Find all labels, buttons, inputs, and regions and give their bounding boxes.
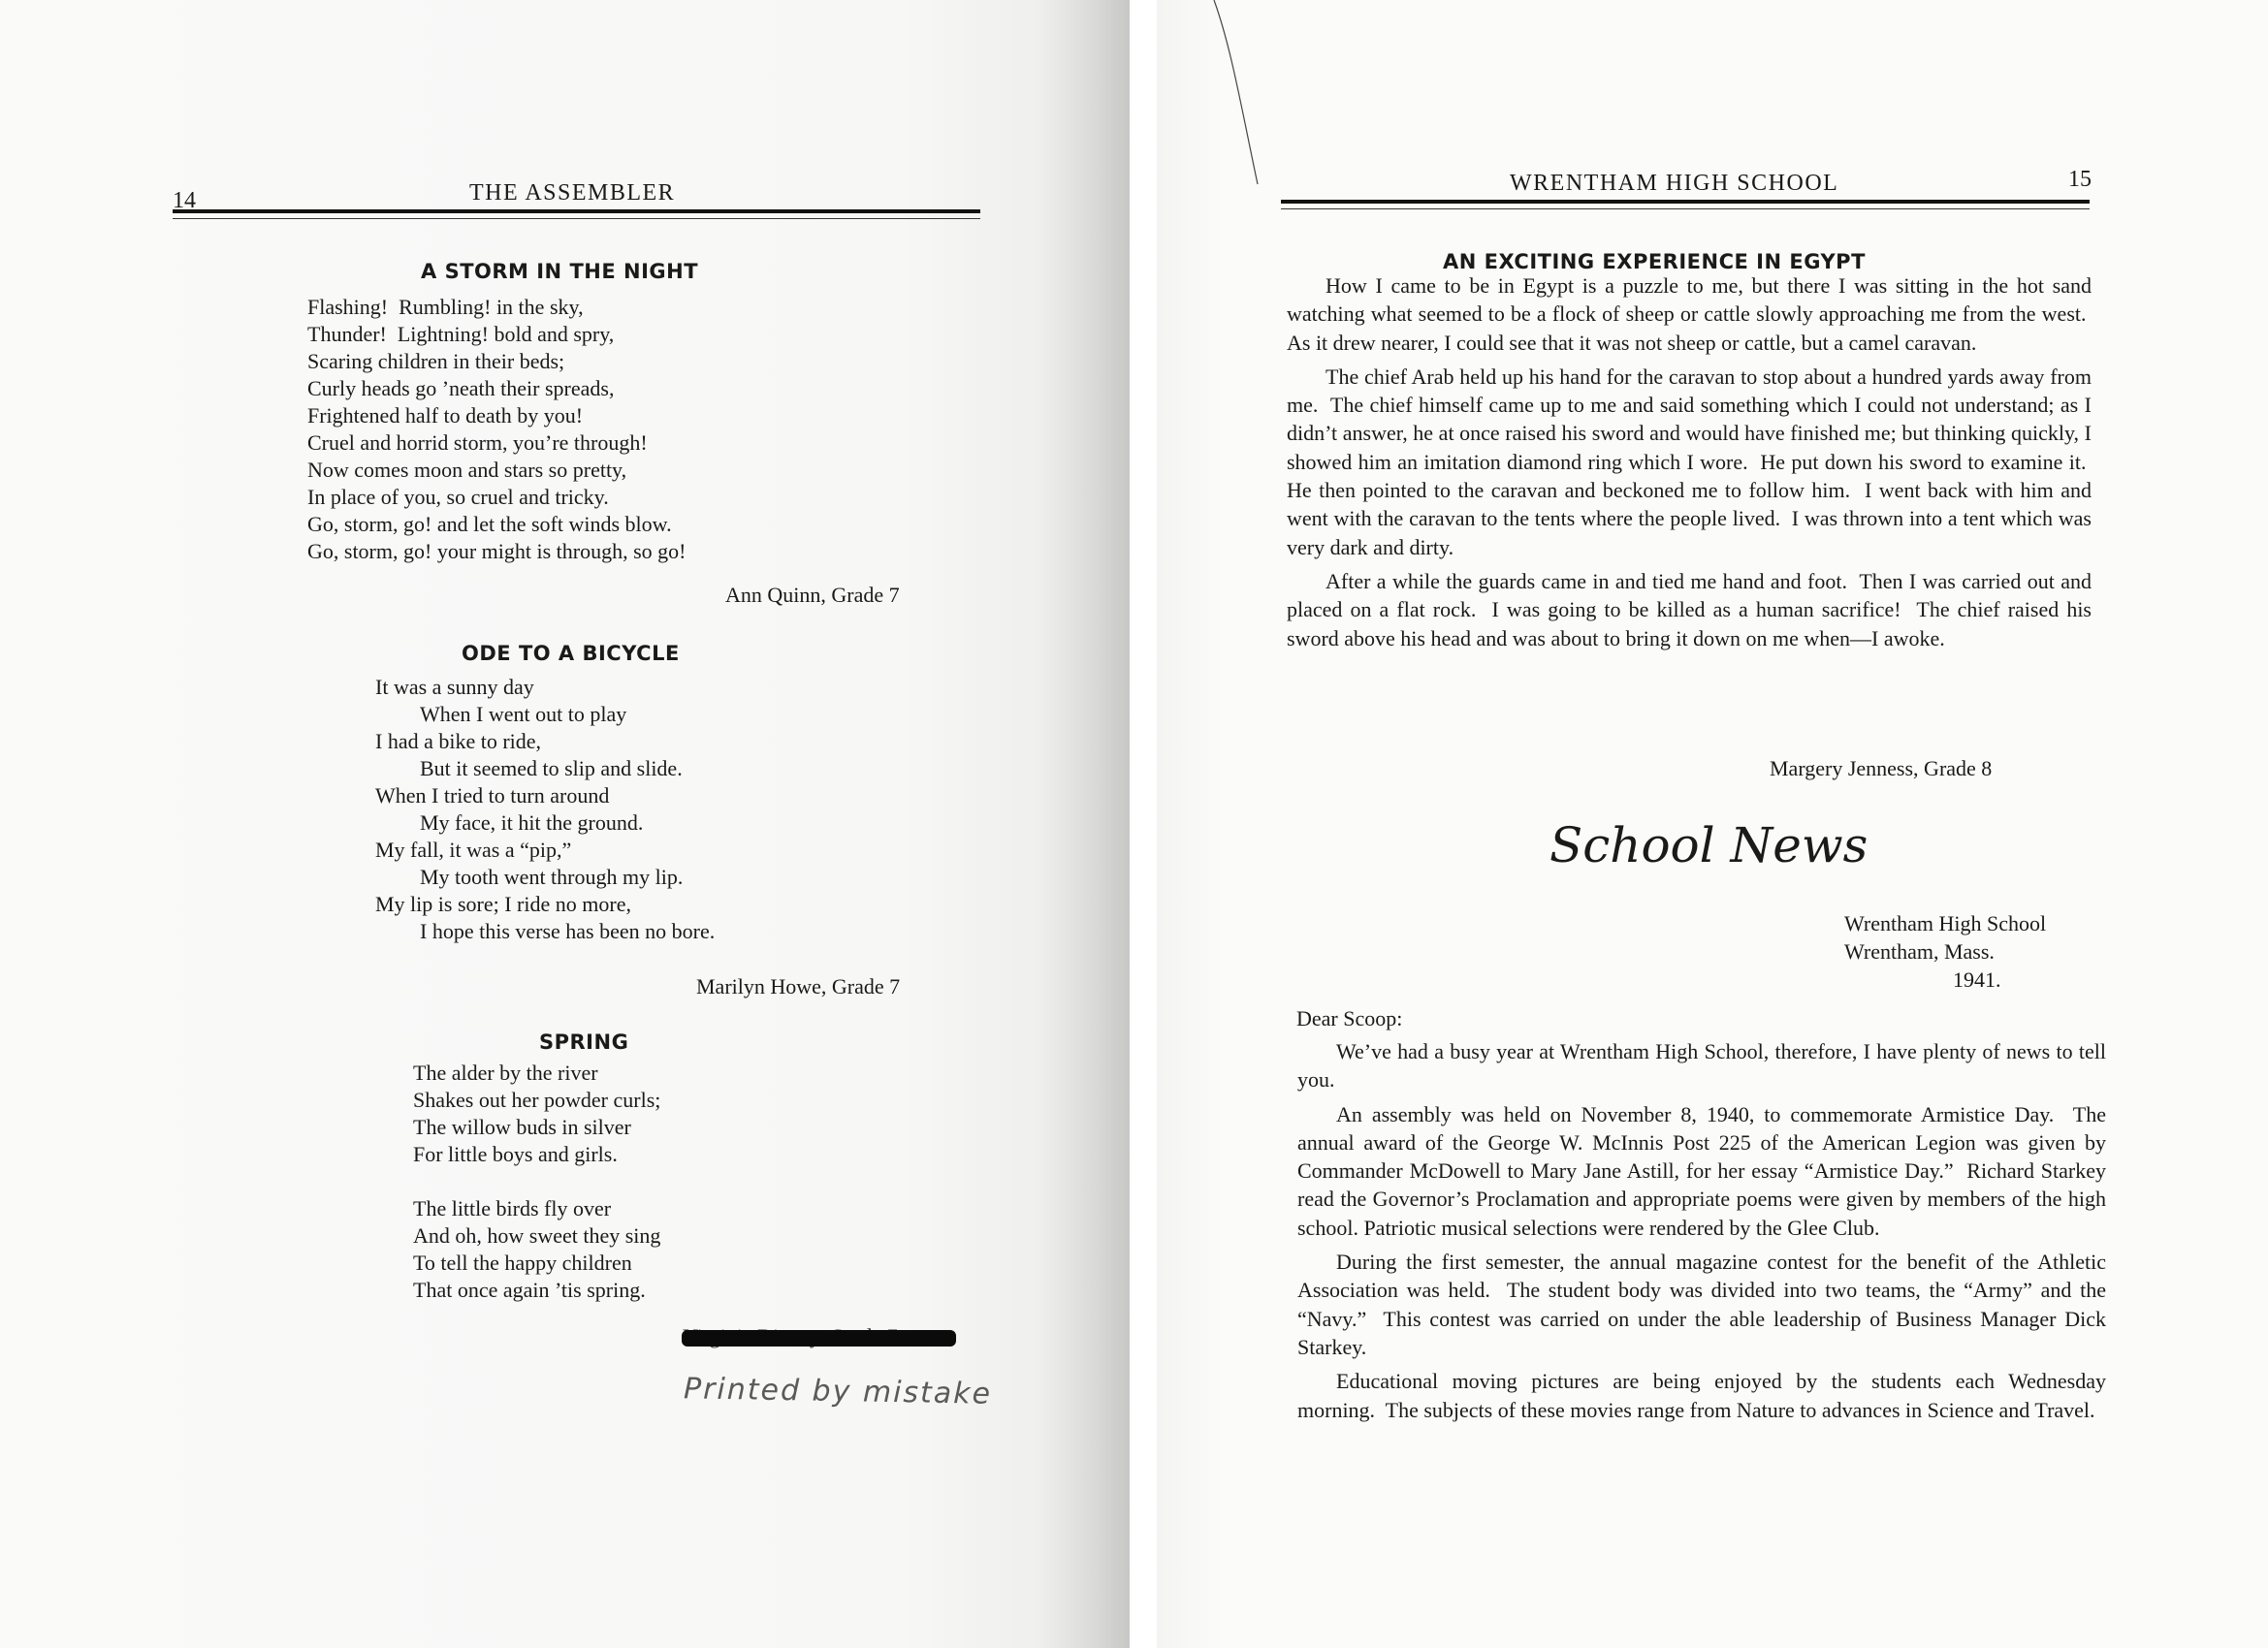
- verse-line: The little birds fly over: [413, 1195, 660, 1222]
- verse-line: But it seemed to slip and slide.: [375, 755, 715, 782]
- left-running-head: THE ASSEMBLER: [469, 180, 675, 206]
- verse-line: Flashing! Rumbling! in the sky,: [307, 294, 687, 321]
- poem-title: SPRING: [539, 1030, 628, 1054]
- letter-salutation: Dear Scoop:: [1296, 1006, 1402, 1031]
- poem-author: Ann Quinn, Grade 7: [725, 583, 900, 608]
- verse-line: Thunder! Lightning! bold and spry,: [307, 321, 687, 348]
- verse-line: Curly heads go ’neath their spreads,: [307, 375, 687, 402]
- address-line: Wrentham High School: [1844, 909, 2046, 937]
- verse-line: That once again ’tis spring.: [413, 1277, 660, 1304]
- poem-author: Marilyn Howe, Grade 7: [696, 974, 900, 999]
- verse-line: My face, it hit the ground.: [375, 809, 715, 837]
- letter-address: Wrentham High SchoolWrentham, Mass.1941.: [1844, 909, 2046, 994]
- verse-line: To tell the happy children: [413, 1250, 660, 1277]
- address-line: Wrentham, Mass.: [1844, 937, 2046, 966]
- poem-title: ODE TO A BICYCLE: [462, 642, 680, 665]
- verse-line: And oh, how sweet they sing: [413, 1222, 660, 1250]
- verse-line: Scaring children in their beds;: [307, 348, 687, 375]
- poem-storm-in-the-night: Flashing! Rumbling! in the sky,Thunder! …: [307, 294, 687, 565]
- paragraph: We’ve had a busy year at Wrentham High S…: [1297, 1037, 2106, 1094]
- redaction-bar: [682, 1330, 956, 1347]
- verse-line: My lip is sore; I ride no more,: [375, 891, 715, 918]
- verse-line: The willow buds in silver: [413, 1114, 660, 1141]
- story-author: Margery Jenness, Grade 8: [1770, 756, 1992, 781]
- verse-line: Cruel and horrid storm, you’re through!: [307, 429, 687, 457]
- verse-line: It was a sunny day: [375, 674, 715, 701]
- right-page-number: 15: [2068, 167, 2092, 193]
- verse-line: In place of you, so cruel and tricky.: [307, 484, 687, 511]
- verse-line: Shakes out her powder curls;: [413, 1087, 660, 1114]
- stanza-break: [413, 1168, 660, 1195]
- verse-line: My fall, it was a “pip,”: [375, 837, 715, 864]
- left-header-rule: [173, 209, 980, 213]
- paragraph: The chief Arab held up his hand for the …: [1287, 363, 2092, 561]
- verse-line: When I tried to turn around: [375, 782, 715, 809]
- school-news-body: We’ve had a busy year at Wrentham High S…: [1297, 1037, 2106, 1424]
- paragraph: Educational moving pictures are being en…: [1297, 1367, 2106, 1424]
- verse-line: Go, storm, go! your might is through, so…: [307, 538, 687, 565]
- verse-line: My tooth went through my lip.: [375, 864, 715, 891]
- verse-line: I hope this verse has been no bore.: [375, 918, 715, 945]
- address-line: 1941.: [1844, 966, 2046, 994]
- verse-line: The alder by the river: [413, 1060, 660, 1087]
- handwritten-note: Printed by mistake: [684, 1372, 993, 1411]
- story-title: AN EXCITING EXPERIENCE IN EGYPT: [1443, 250, 1866, 273]
- school-news-title: School News: [1549, 817, 1868, 873]
- verse-line: Go, storm, go! and let the soft winds bl…: [307, 511, 687, 538]
- gutter: [1130, 0, 1157, 1648]
- verse-line: Frightened half to death by you!: [307, 402, 687, 429]
- poem-title: A STORM IN THE NIGHT: [421, 260, 698, 283]
- right-header-rule-thin: [1281, 208, 2090, 209]
- verse-line: For little boys and girls.: [413, 1141, 660, 1168]
- paragraph: An assembly was held on November 8, 1940…: [1297, 1100, 2106, 1242]
- poem-ode-to-a-bicycle: It was a sunny dayWhen I went out to pla…: [375, 674, 715, 945]
- paragraph: After a while the guards came in and tie…: [1287, 567, 2092, 652]
- paragraph: How I came to be in Egypt is a puzzle to…: [1287, 271, 2092, 357]
- right-header-rule: [1281, 200, 2090, 204]
- verse-line: I had a bike to ride,: [375, 728, 715, 755]
- right-running-head: WRENTHAM HIGH SCHOOL: [1510, 171, 1838, 197]
- paragraph: During the first semester, the annual ma…: [1297, 1248, 2106, 1361]
- magazine-spread: 14 THE ASSEMBLER A STORM IN THE NIGHT Fl…: [0, 0, 2268, 1648]
- story-body: How I came to be in Egypt is a puzzle to…: [1287, 271, 2092, 652]
- verse-line: When I went out to play: [375, 701, 715, 728]
- verse-line: Now comes moon and stars so pretty,: [307, 457, 687, 484]
- left-header-rule-thin: [173, 218, 980, 219]
- poem-spring: The alder by the riverShakes out her pow…: [413, 1060, 660, 1304]
